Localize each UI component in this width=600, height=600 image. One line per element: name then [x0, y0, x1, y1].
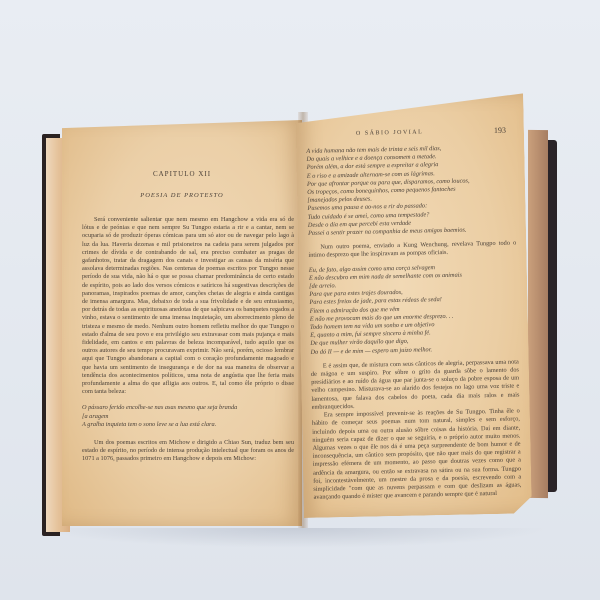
- chapter-heading: CAPITULO XII: [62, 170, 302, 178]
- running-head: O SÁBIO JOVIAL: [356, 129, 423, 136]
- poem-excerpt: A vida humana não tem mais de trinta e s…: [306, 144, 516, 239]
- chapter-title: POESIA DE PROTESTO: [62, 192, 302, 199]
- poem-excerpt: O pássaro ferido encolhe-se nas asas mes…: [82, 404, 294, 429]
- right-page: O SÁBIO JOVIAL 193 A vida humana não tem…: [295, 93, 532, 518]
- paragraph: E é assim que, de mistura com seus cânti…: [311, 358, 520, 412]
- left-page-body: Será conveniente salientar que nem mesmo…: [82, 216, 294, 464]
- paragraph: Era sempre impossível prevenir-se às rea…: [312, 408, 522, 503]
- page-number: 193: [494, 126, 506, 135]
- paragraph: Um dos poemas escritos em Michow e dirig…: [82, 439, 294, 464]
- poem-excerpt: Eu, de fato, algo assim como uma corça s…: [309, 262, 519, 357]
- paragraph: Num outro poema, enviado a Kung Wenchung…: [308, 240, 516, 261]
- paragraph: Será conveniente salientar que nem mesmo…: [82, 216, 294, 396]
- table-shadow: [40, 528, 550, 548]
- right-page-body: A vida humana não tem mais de trinta e s…: [306, 144, 521, 503]
- left-page: CAPITULO XII POESIA DE PROTESTO Será con…: [62, 120, 302, 526]
- open-book-photo: CAPITULO XII POESIA DE PROTESTO Será con…: [0, 0, 600, 600]
- page-stack-right: [528, 130, 548, 498]
